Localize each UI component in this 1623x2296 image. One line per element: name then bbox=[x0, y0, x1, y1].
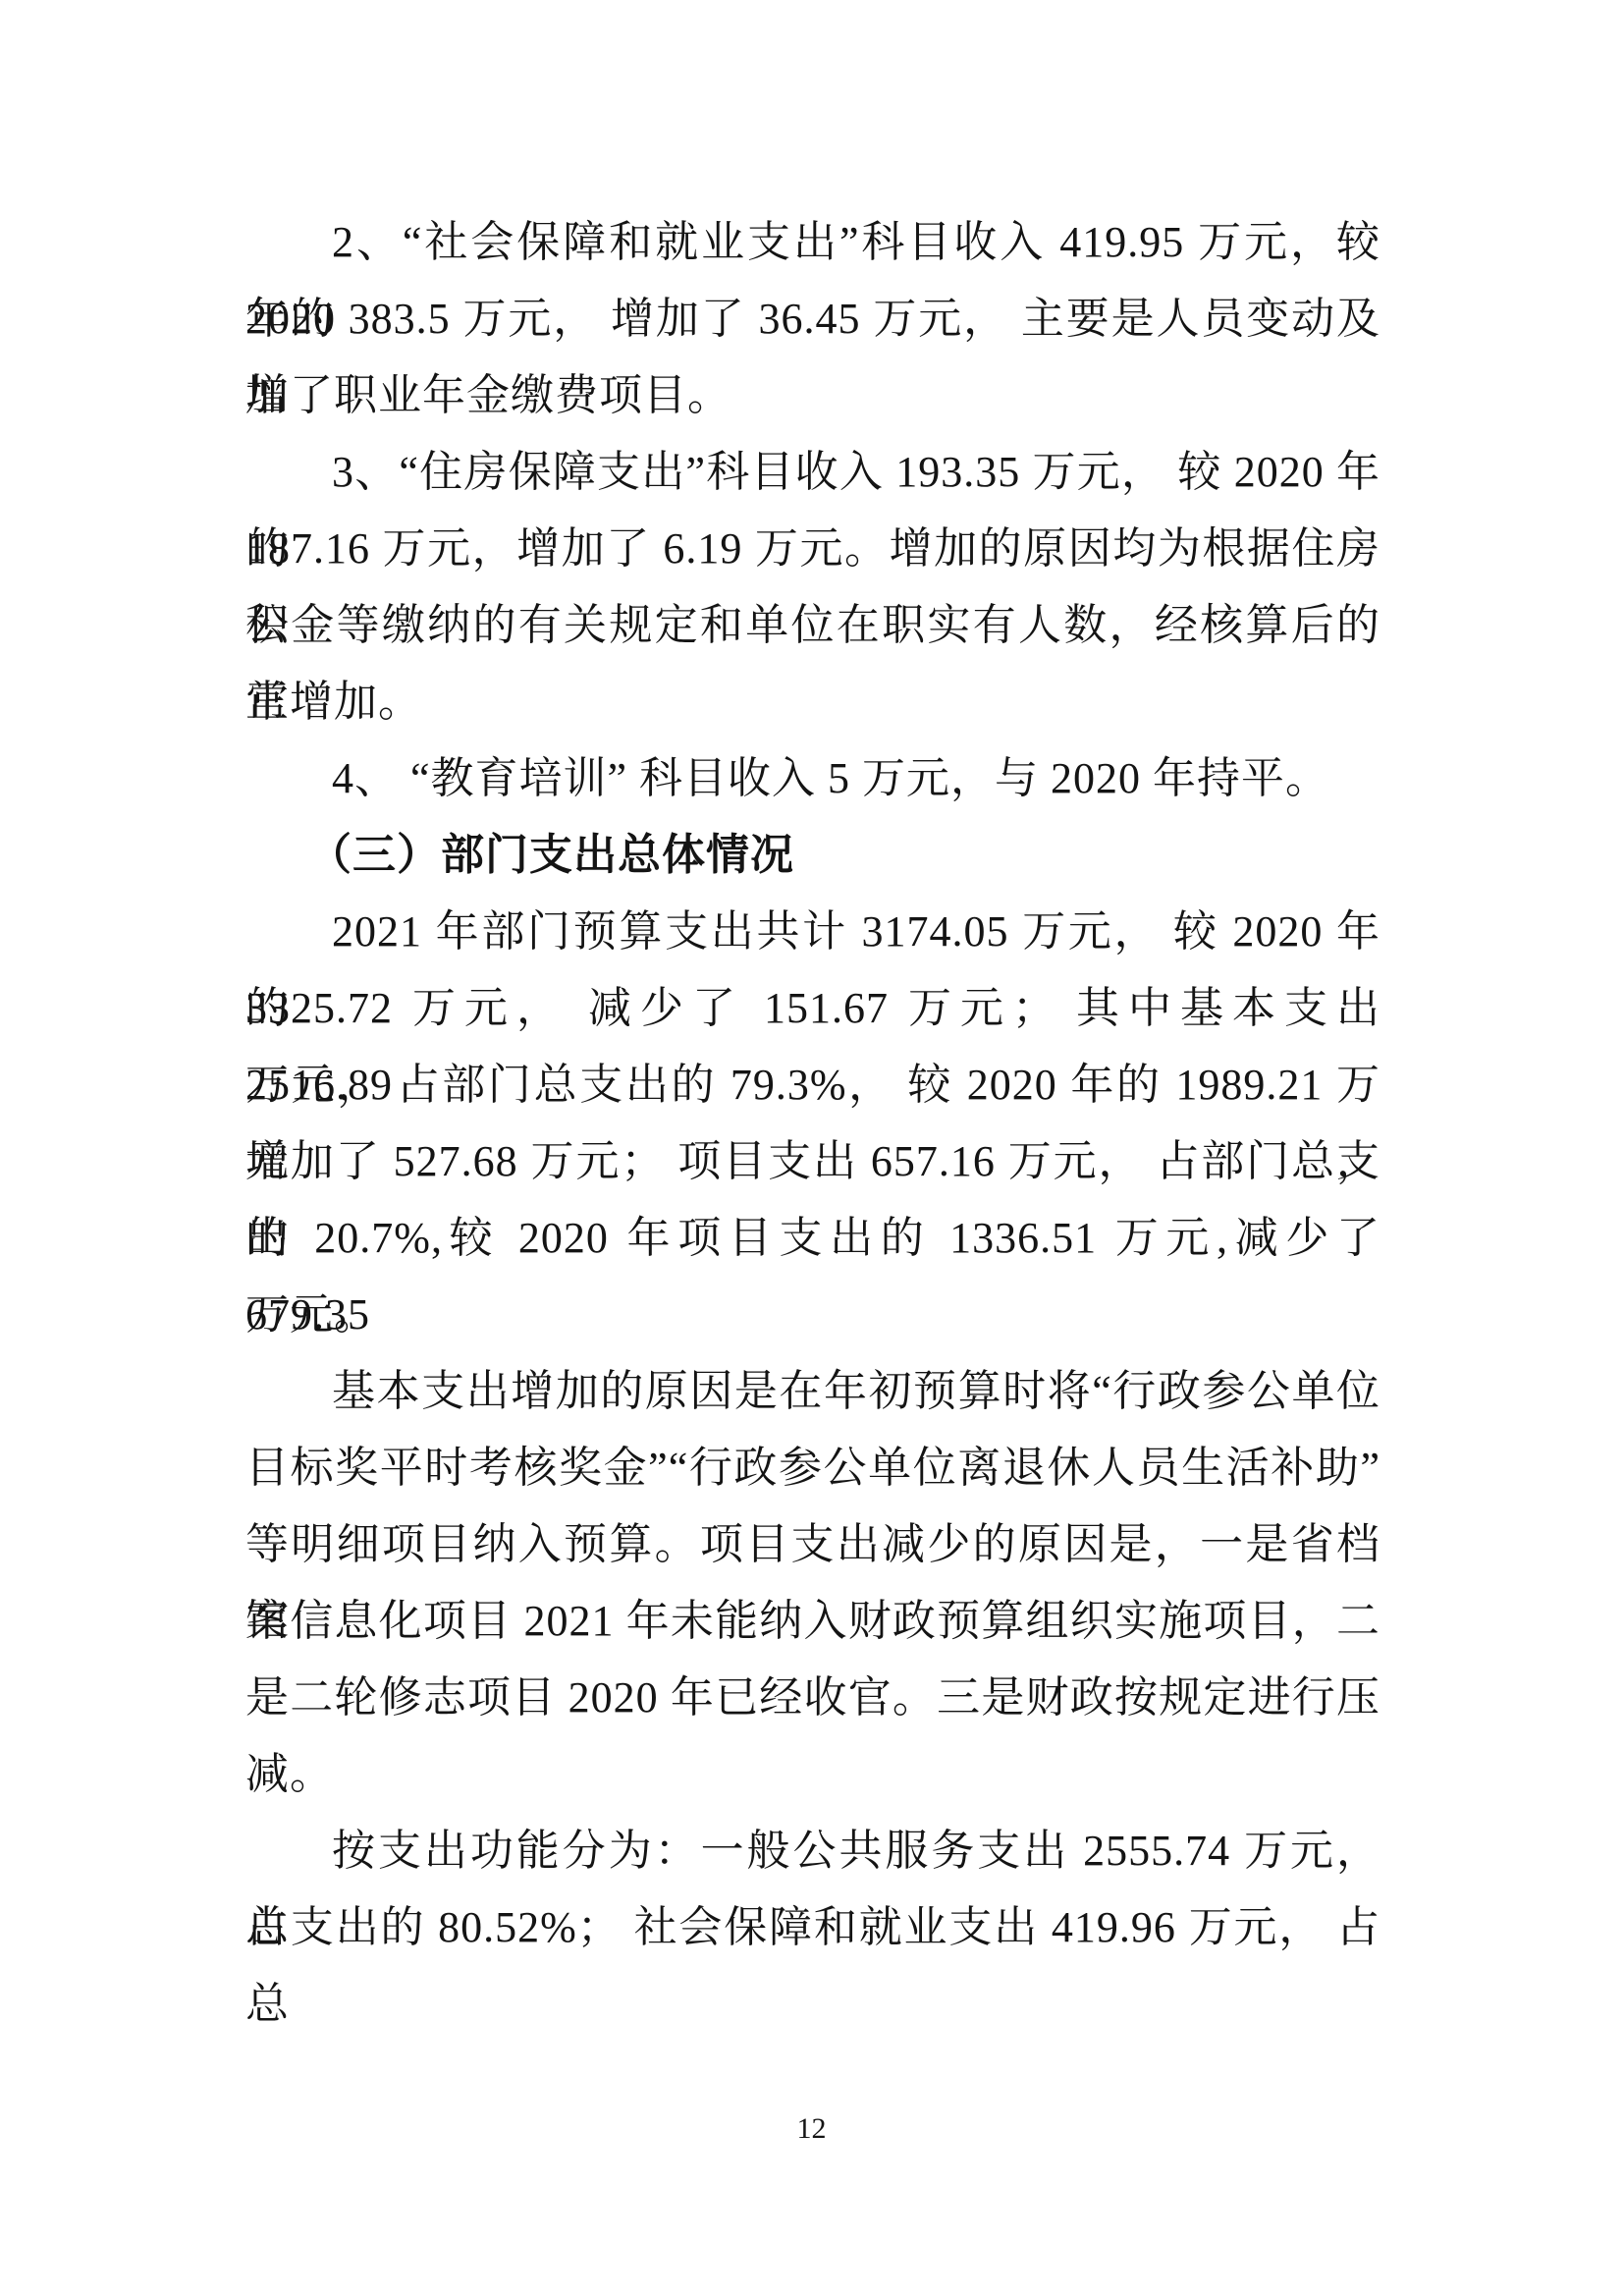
text-line: 万元。 bbox=[245, 1277, 1380, 1353]
text-line: 万元， 占部门总支出的 79.3%， 较 2020 年的 1989.21 万元， bbox=[245, 1047, 1380, 1123]
text-line: 积金等缴纳的有关规定和单位在职实有人数，经核算后的正 bbox=[245, 587, 1380, 664]
text-line: 常增加。 bbox=[245, 664, 1380, 740]
page-number: 12 bbox=[0, 2109, 1623, 2149]
text-line: 减。 bbox=[245, 1736, 1380, 1813]
text-line: 馆信息化项目 2021 年未能纳入财政预算组织实施项目，二 bbox=[245, 1583, 1380, 1660]
text-line: 3325.72 万元， 减少了 151.67 万元； 其中基本支出 2516.8… bbox=[245, 970, 1380, 1047]
text-line: 等明细项目纳入预算。项目支出减少的原因是，一是省档案 bbox=[245, 1506, 1380, 1583]
document-body: 2、“社会保障和就业支出”科目收入 419.95 万元，较 2020 年的 38… bbox=[245, 204, 1380, 1966]
text-line: 3、“住房保障支出”科目收入 193.35 万元， 较 2020 年的 bbox=[245, 434, 1380, 511]
text-line: 目标奖平时考核奖金”“行政参公单位离退休人员生活补助” bbox=[245, 1430, 1380, 1506]
text-line: 的 20.7%,较 2020 年项目支出的 1336.51 万元,减少了 679… bbox=[245, 1200, 1380, 1277]
text-line: 按支出功能分为：一般公共服务支出 2555.74 万元，占 bbox=[245, 1813, 1380, 1889]
document-page: 2、“社会保障和就业支出”科目收入 419.95 万元，较 2020 年的 38… bbox=[0, 0, 1623, 2296]
text-line: 基本支出增加的原因是在年初预算时将“行政参公单位 bbox=[245, 1353, 1380, 1430]
text-line: 总支出的 80.52%； 社会保障和就业支出 419.96 万元， 占总 bbox=[245, 1889, 1380, 1966]
text-line: 增加了 527.68 万元； 项目支出 657.16 万元， 占部门总支出 bbox=[245, 1123, 1380, 1200]
text-line: 年的 383.5 万元， 增加了 36.45 万元， 主要是人员变动及增 bbox=[245, 281, 1380, 357]
text-line: 加了职业年金缴费项目。 bbox=[245, 357, 1380, 434]
section-heading: （三）部门支出总体情况 bbox=[245, 817, 1380, 894]
text-line: 187.16 万元，增加了 6.19 万元。增加的原因均为根据住房公 bbox=[245, 511, 1380, 587]
text-line: 2、“社会保障和就业支出”科目收入 419.95 万元，较 2020 bbox=[245, 204, 1380, 281]
text-line: 是二轮修志项目 2020 年已经收官。三是财政按规定进行压 bbox=[245, 1660, 1380, 1736]
text-line: 2021 年部门预算支出共计 3174.05 万元， 较 2020 年的 bbox=[245, 894, 1380, 970]
text-line: 4、 “教育培训” 科目收入 5 万元，与 2020 年持平。 bbox=[245, 740, 1380, 817]
